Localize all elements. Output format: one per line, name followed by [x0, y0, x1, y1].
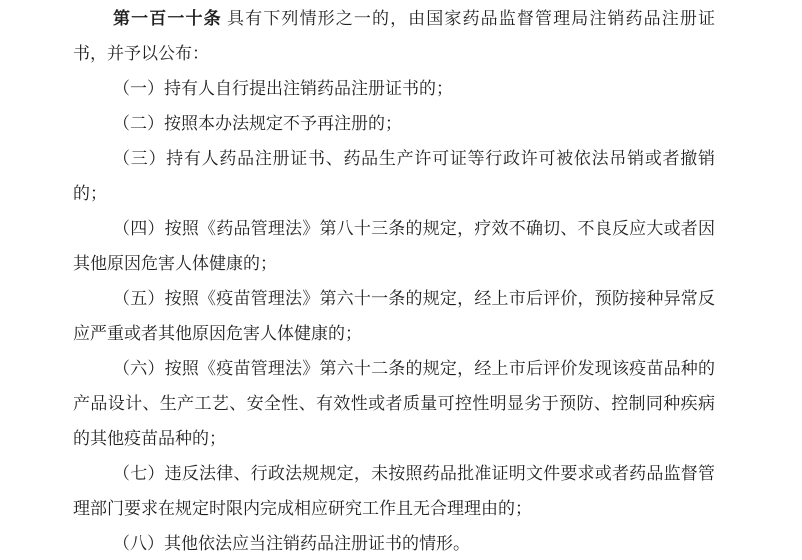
- line-text: 具有下列情形之一的，由国家药品监督管理局注销药品注册证: [222, 9, 715, 28]
- line-text: 其他原因危害人体健康的；: [73, 254, 277, 273]
- text-line: （二）按照本办法规定不予再注册的；: [73, 106, 715, 141]
- text-line: 理部门要求在规定时限内完成相应研究工作且无合理理由的；: [73, 491, 715, 526]
- line-text: 理部门要求在规定时限内完成相应研究工作且无合理理由的；: [73, 499, 532, 518]
- document-page: 第一百一十条 具有下列情形之一的，由国家药品监督管理局注销药品注册证书，并予以公…: [0, 0, 802, 560]
- article-number: 第一百一十条: [113, 9, 222, 28]
- line-text: （八）其他依法应当注销药品注册证书的情形。: [113, 534, 470, 553]
- line-text: （五）按照《疫苗管理法》第六十一条的规定，经上市后评价，预防接种异常反: [113, 289, 715, 308]
- text-line: （六）按照《疫苗管理法》第六十二条的规定，经上市后评价发现该疫苗品种的: [73, 351, 715, 386]
- text-line: 应严重或者其他原因危害人体健康的；: [73, 316, 715, 351]
- line-text: （二）按照本办法规定不予再注册的；: [113, 114, 402, 133]
- text-line: （八）其他依法应当注销药品注册证书的情形。: [73, 526, 715, 560]
- line-text: （一）持有人自行提出注销药品注册证书的；: [113, 79, 453, 98]
- line-text: （六）按照《疫苗管理法》第六十二条的规定，经上市后评价发现该疫苗品种的: [113, 359, 715, 378]
- text-line: 产品设计、生产工艺、安全性、有效性或者质量可控性明显劣于预防、控制同种疾病: [73, 386, 715, 421]
- line-text: （七）违反法律、行政法规规定，未按照药品批准证明文件要求或者药品监督管: [113, 464, 715, 483]
- text-line: 其他原因危害人体健康的；: [73, 246, 715, 281]
- text-line: （三）持有人药品注册证书、药品生产许可证等行政许可被依法吊销或者撤销: [73, 141, 715, 176]
- line-text: （三）持有人药品注册证书、药品生产许可证等行政许可被依法吊销或者撤销: [113, 149, 715, 168]
- text-line: （五）按照《疫苗管理法》第六十一条的规定，经上市后评价，预防接种异常反: [73, 281, 715, 316]
- text-line: 第一百一十条 具有下列情形之一的，由国家药品监督管理局注销药品注册证: [73, 1, 715, 36]
- text-line: （一）持有人自行提出注销药品注册证书的；: [73, 71, 715, 106]
- text-line: 的其他疫苗品种的；: [73, 421, 715, 456]
- line-text: 书，并予以公布：: [73, 44, 209, 63]
- line-text: 的其他疫苗品种的；: [73, 429, 226, 448]
- text-line: 的；: [73, 176, 715, 211]
- line-text: 的；: [73, 184, 107, 203]
- line-text: （四）按照《药品管理法》第八十三条的规定，疗效不确切、不良反应大或者因: [113, 219, 715, 238]
- line-text: 应严重或者其他原因危害人体健康的；: [73, 324, 362, 343]
- text-line: 书，并予以公布：: [73, 36, 715, 71]
- article-text: 第一百一十条 具有下列情形之一的，由国家药品监督管理局注销药品注册证书，并予以公…: [73, 1, 715, 560]
- text-line: （四）按照《药品管理法》第八十三条的规定，疗效不确切、不良反应大或者因: [73, 211, 715, 246]
- line-text: 产品设计、生产工艺、安全性、有效性或者质量可控性明显劣于预防、控制同种疾病: [73, 394, 715, 413]
- text-line: （七）违反法律、行政法规规定，未按照药品批准证明文件要求或者药品监督管: [73, 456, 715, 491]
